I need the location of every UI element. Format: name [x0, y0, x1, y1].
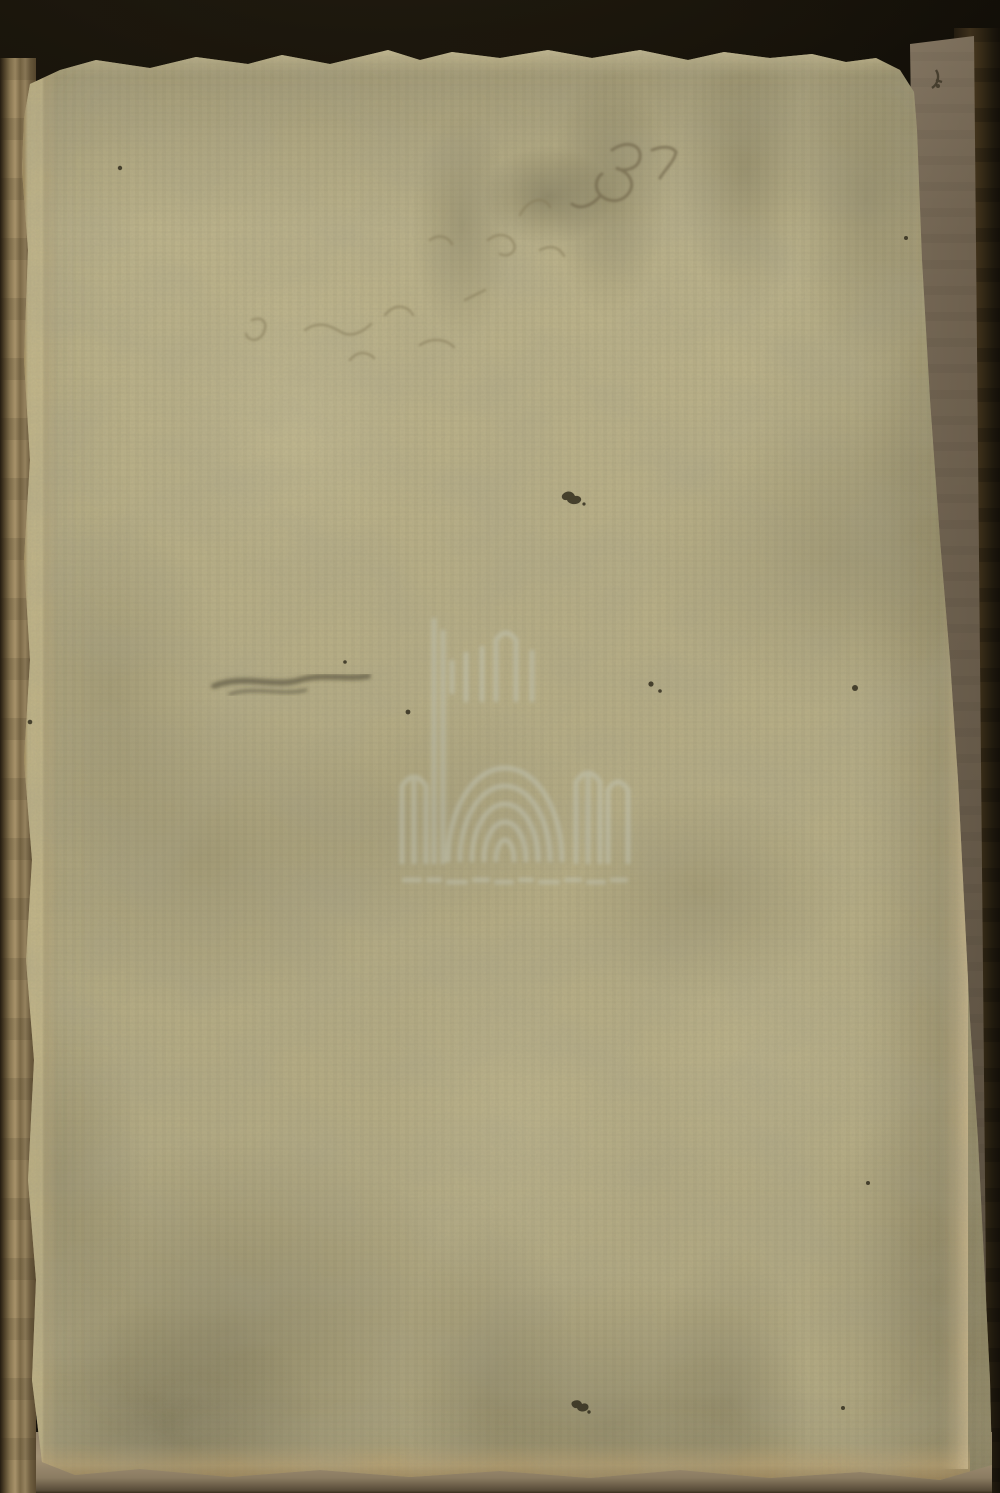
manuscript-page [0, 0, 1000, 1493]
manuscript-scan [0, 0, 1000, 1493]
paper-grain [0, 0, 1000, 1493]
page-texture-overlay [0, 0, 1000, 1493]
